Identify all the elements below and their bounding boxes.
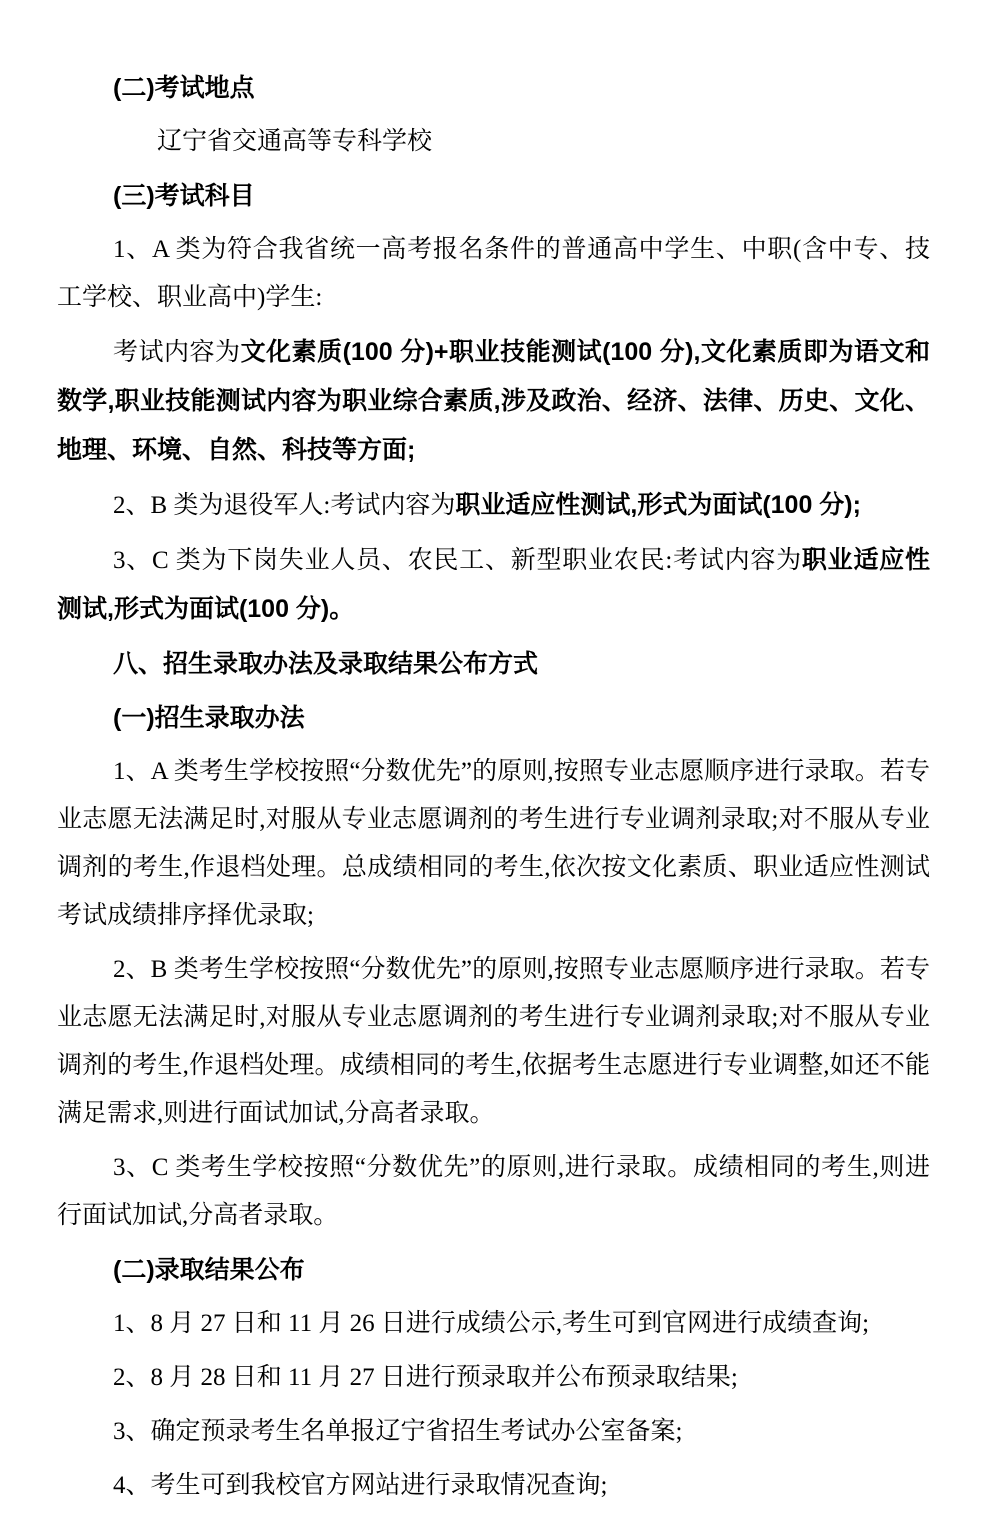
text-run: (一)招生录取办法	[113, 704, 305, 732]
paragraph: 1、A 类为符合我省统一高考报名条件的普通高中学生、中职(含中专、技工学校、职业…	[57, 226, 930, 322]
section-heading: (一)招生录取办法	[57, 694, 930, 742]
paragraph: 1、A 类考生学校按照“分数优先”的原则,按照专业志愿顺序进行录取。若专业志愿无…	[57, 748, 930, 940]
paragraph: 4、考生可到我校官方网站进行录取情况查询;	[57, 1462, 930, 1510]
text-run: 3、确定预录考生名单报辽宁省招生考试办公室备案;	[113, 1418, 682, 1445]
text-run: (二)录取结果公布	[113, 1256, 305, 1284]
section-heading: (二)考试地点	[57, 64, 930, 112]
text-run: (三)考试科目	[113, 182, 255, 210]
text-run: 3、C 类为下岗失业人员、农民工、新型职业农民:考试内容为	[113, 547, 802, 574]
text-run: (二)考试地点	[113, 74, 255, 102]
paragraph: 2、8 月 28 日和 11 月 27 日进行预录取并公布预录取结果;	[57, 1354, 930, 1402]
text-run: 1、A 类为符合我省统一高考报名条件的普通高中学生、中职(含中专、技工学校、职业…	[57, 236, 930, 311]
document-body: (二)考试地点辽宁省交通高等专科学校(三)考试科目1、A 类为符合我省统一高考报…	[57, 64, 930, 1510]
section-heading: 八、招生录取办法及录取结果公布方式	[57, 640, 930, 688]
paragraph: 3、确定预录考生名单报辽宁省招生考试办公室备案;	[57, 1408, 930, 1456]
text-run: 2、8 月 28 日和 11 月 27 日进行预录取并公布预录取结果;	[113, 1364, 738, 1391]
paragraph: 2、B 类为退役军人:考试内容为职业适应性测试,形式为面试(100 分);	[57, 481, 930, 530]
text-run: 辽宁省交通高等专科学校	[157, 128, 432, 155]
paragraph: 考试内容为文化素质(100 分)+职业技能测试(100 分),文化素质即为语文和…	[57, 328, 930, 475]
paragraph: 1、8 月 27 日和 11 月 26 日进行成绩公示,考生可到官网进行成绩查询…	[57, 1300, 930, 1348]
paragraph: 2、B 类考生学校按照“分数优先”的原则,按照专业志愿顺序进行录取。若专业志愿无…	[57, 946, 930, 1138]
text-run: 八、招生录取办法及录取结果公布方式	[113, 650, 538, 678]
text-run: 4、考生可到我校官方网站进行录取情况查询;	[113, 1472, 607, 1499]
text-run: 1、8 月 27 日和 11 月 26 日进行成绩公示,考生可到官网进行成绩查询…	[113, 1310, 869, 1337]
text-run: 3、C 类考生学校按照“分数优先”的原则,进行录取。成绩相同的考生,则进行面试加…	[57, 1154, 930, 1229]
text-run: 2、B 类考生学校按照“分数优先”的原则,按照专业志愿顺序进行录取。若专业志愿无…	[57, 956, 930, 1127]
section-heading: (三)考试科目	[57, 172, 930, 220]
text-run: 职业适应性测试,形式为面试(100 分);	[455, 491, 861, 519]
paragraph: 辽宁省交通高等专科学校	[57, 118, 930, 166]
text-run: 考试内容为	[113, 339, 241, 366]
paragraph: 3、C 类为下岗失业人员、农民工、新型职业农民:考试内容为职业适应性测试,形式为…	[57, 536, 930, 634]
section-heading: (二)录取结果公布	[57, 1246, 930, 1294]
text-run: 2、B 类为退役军人:考试内容为	[113, 492, 455, 519]
paragraph: 3、C 类考生学校按照“分数优先”的原则,进行录取。成绩相同的考生,则进行面试加…	[57, 1144, 930, 1240]
text-run: 1、A 类考生学校按照“分数优先”的原则,按照专业志愿顺序进行录取。若专业志愿无…	[57, 758, 930, 929]
document-page: (二)考试地点辽宁省交通高等专科学校(三)考试科目1、A 类为符合我省统一高考报…	[0, 0, 983, 1536]
